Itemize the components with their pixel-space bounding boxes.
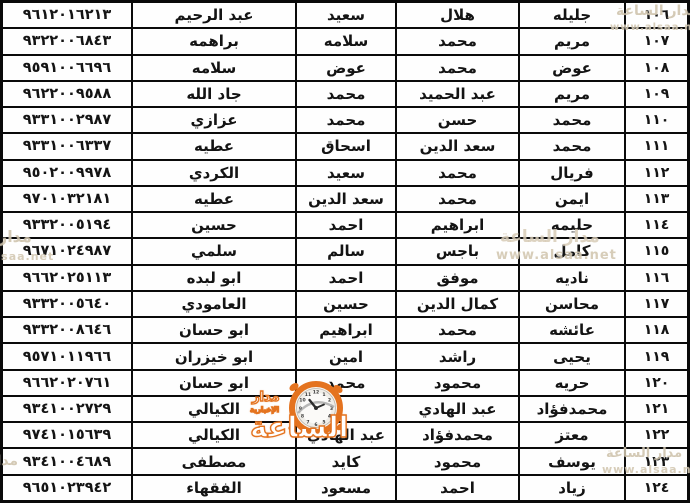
cell-father-name: كمال الدين <box>397 292 518 316</box>
cell-id-number: ٩٥٩١٠٠٦٦٩٦ <box>3 56 131 80</box>
cell-family-name: العامودي <box>133 292 295 316</box>
cell-grandfather-name: امين <box>297 344 395 368</box>
cell-grandfather-name <box>297 397 395 421</box>
cell-row-number: ١١٧ <box>626 292 687 316</box>
cell-row-number: ١١٥ <box>626 239 687 263</box>
cell-grandfather-name: احمد <box>297 266 395 290</box>
cell-family-name: عزازي <box>133 108 295 132</box>
cell-first-name: يحيى <box>520 344 624 368</box>
cell-id-number: ٩٣٣٢٠٠٨٦٤٦ <box>3 318 131 342</box>
cell-family-name: ابو لبده <box>133 266 295 290</box>
cell-grandfather-name: احمد <box>297 213 395 237</box>
cell-id-number: ٩٦٦٢٠٢٥١١٣ <box>3 266 131 290</box>
cell-grandfather-name: محمد <box>297 108 395 132</box>
cell-father-name: محمدفؤاد <box>397 423 518 447</box>
cell-grandfather-name: محمد <box>297 371 395 395</box>
cell-first-name: عوض <box>520 56 624 80</box>
cell-father-name: موفق <box>397 266 518 290</box>
cell-grandfather-name: عوض <box>297 56 395 80</box>
cell-grandfather-name: كايد <box>297 449 395 473</box>
cell-father-name: محمد <box>397 161 518 185</box>
cell-first-name: حريه <box>520 371 624 395</box>
cell-family-name: ابو حسان <box>133 318 295 342</box>
cell-father-name: محمد <box>397 318 518 342</box>
cell-father-name: حسن <box>397 108 518 132</box>
cell-first-name: كامل <box>520 239 624 263</box>
cell-family-name: جاد الله <box>133 82 295 106</box>
cell-father-name: هلال <box>397 3 518 27</box>
cell-first-name: جليله <box>520 3 624 27</box>
cell-first-name: مريم <box>520 82 624 106</box>
cell-father-name: عبد الهادي <box>397 397 518 421</box>
cell-father-name: محمود <box>397 449 518 473</box>
cell-family-name: ابو خيزران <box>133 344 295 368</box>
cell-first-name: زياد <box>520 476 624 500</box>
cell-father-name: محمد <box>397 29 518 53</box>
cell-first-name: حليمه <box>520 213 624 237</box>
cell-family-name: الفقهاء <box>133 476 295 500</box>
cell-id-number: ٩٦٧١٠٢٤٩٨٧ <box>3 239 131 263</box>
cell-id-number: ٩٥٧١٠١١٩٦٦ <box>3 344 131 368</box>
cell-family-name: براهمه <box>133 29 295 53</box>
cell-father-name: محمد <box>397 187 518 211</box>
cell-first-name: ايمن <box>520 187 624 211</box>
cell-id-number: ٩٣٤١٠٠٢٧٢٩ <box>3 397 131 421</box>
cell-grandfather-name: سالم <box>297 239 395 263</box>
cell-first-name: يوسف <box>520 449 624 473</box>
cell-row-number: ١١١ <box>626 134 687 158</box>
cell-id-number: ٩٣٤١٠٠٤٦٨٩ <box>3 449 131 473</box>
cell-family-name: ابو حسان <box>133 371 295 395</box>
cell-family-name: عطيه <box>133 134 295 158</box>
cell-first-name: مريم <box>520 29 624 53</box>
cell-row-number: ١١٨ <box>626 318 687 342</box>
cell-first-name: محمد <box>520 134 624 158</box>
cell-first-name: محمد <box>520 108 624 132</box>
cell-row-number: ١١٩ <box>626 344 687 368</box>
cell-family-name: سلمي <box>133 239 295 263</box>
cell-father-name: محمد <box>397 56 518 80</box>
cell-row-number: ١١٤ <box>626 213 687 237</box>
cell-row-number: ١٠٦ <box>626 3 687 27</box>
cell-grandfather-name: سعيد <box>297 161 395 185</box>
cell-row-number: ١٢٢ <box>626 423 687 447</box>
cell-grandfather-name: مسعود <box>297 476 395 500</box>
cell-row-number: ١٢٣ <box>626 449 687 473</box>
cell-id-number: ٩٦٢٢٠٠٩٥٨٨ <box>3 82 131 106</box>
cell-row-number: ١٢٤ <box>626 476 687 500</box>
cell-father-name: احمد <box>397 476 518 500</box>
cell-grandfather-name: سلامه <box>297 29 395 53</box>
cell-grandfather-name: محمد <box>297 82 395 106</box>
cell-grandfather-name: ابراهيم <box>297 318 395 342</box>
cell-row-number: ١٠٨ <box>626 56 687 80</box>
cell-first-name: معتز <box>520 423 624 447</box>
cell-grandfather-name: عبد الهادي <box>297 423 395 447</box>
cell-first-name: فريال <box>520 161 624 185</box>
cell-id-number: ٩٦٥١٠٢٣٩٤٢ <box>3 476 131 500</box>
cell-family-name: سلامه <box>133 56 295 80</box>
cell-first-name: عائشه <box>520 318 624 342</box>
cell-family-name: الكيالي <box>133 423 295 447</box>
cell-row-number: ١٠٩ <box>626 82 687 106</box>
cell-id-number: ٩٣٣٢٠٠٥٦٤٠ <box>3 292 131 316</box>
cell-father-name: ابراهيم <box>397 213 518 237</box>
cell-grandfather-name: اسحاق <box>297 134 395 158</box>
cell-father-name: عبد الحميد <box>397 82 518 106</box>
cell-id-number: ٩٧٤١٠١٥٦٣٩ <box>3 423 131 447</box>
cell-row-number: ١١٢ <box>626 161 687 185</box>
cell-id-number: ٩٦١٢٠١٦٢١٣ <box>3 3 131 27</box>
cell-row-number: ١١٠ <box>626 108 687 132</box>
cell-id-number: ٩٥٠٢٠٠٩٩٧٨ <box>3 161 131 185</box>
cell-family-name: مصطفى <box>133 449 295 473</box>
cell-family-name: حسين <box>133 213 295 237</box>
names-table: ١٠٦جليلههلالسعيدعبد الرحيم٩٦١٢٠١٦٢١٣١٠٧م… <box>0 0 690 503</box>
cell-row-number: ١٢٠ <box>626 371 687 395</box>
cell-father-name: باجس <box>397 239 518 263</box>
cell-id-number: ٩٦٦٢٠٢٠٧٦١ <box>3 371 131 395</box>
cell-family-name: عبد الرحيم <box>133 3 295 27</box>
cell-first-name: محمدفؤاد <box>520 397 624 421</box>
cell-row-number: ١٢١ <box>626 397 687 421</box>
cell-row-number: ١١٦ <box>626 266 687 290</box>
cell-family-name: عطيه <box>133 187 295 211</box>
cell-row-number: ١١٣ <box>626 187 687 211</box>
cell-id-number: ٩٣٢٢٠٠٦٨٤٣ <box>3 29 131 53</box>
cell-id-number: ٩٣٣١٠٠٢٩٨٧ <box>3 108 131 132</box>
cell-first-name: ناديه <box>520 266 624 290</box>
cell-family-name: الكردي <box>133 161 295 185</box>
cell-id-number: ٩٣٣٢٠٠٥١٩٤ <box>3 213 131 237</box>
cell-grandfather-name: حسين <box>297 292 395 316</box>
page: ١٠٦جليلههلالسعيدعبد الرحيم٩٦١٢٠١٦٢١٣١٠٧م… <box>0 0 690 503</box>
cell-grandfather-name: سعد الدين <box>297 187 395 211</box>
cell-father-name: سعد الدين <box>397 134 518 158</box>
cell-id-number: ٩٧٠١٠٣٢١٨١ <box>3 187 131 211</box>
cell-father-name: راشد <box>397 344 518 368</box>
cell-first-name: محاسن <box>520 292 624 316</box>
cell-family-name: الكيالي <box>133 397 295 421</box>
cell-father-name: محمود <box>397 371 518 395</box>
cell-grandfather-name: سعيد <box>297 3 395 27</box>
cell-id-number: ٩٣٣١٠٠٦٣٣٧ <box>3 134 131 158</box>
cell-row-number: ١٠٧ <box>626 29 687 53</box>
